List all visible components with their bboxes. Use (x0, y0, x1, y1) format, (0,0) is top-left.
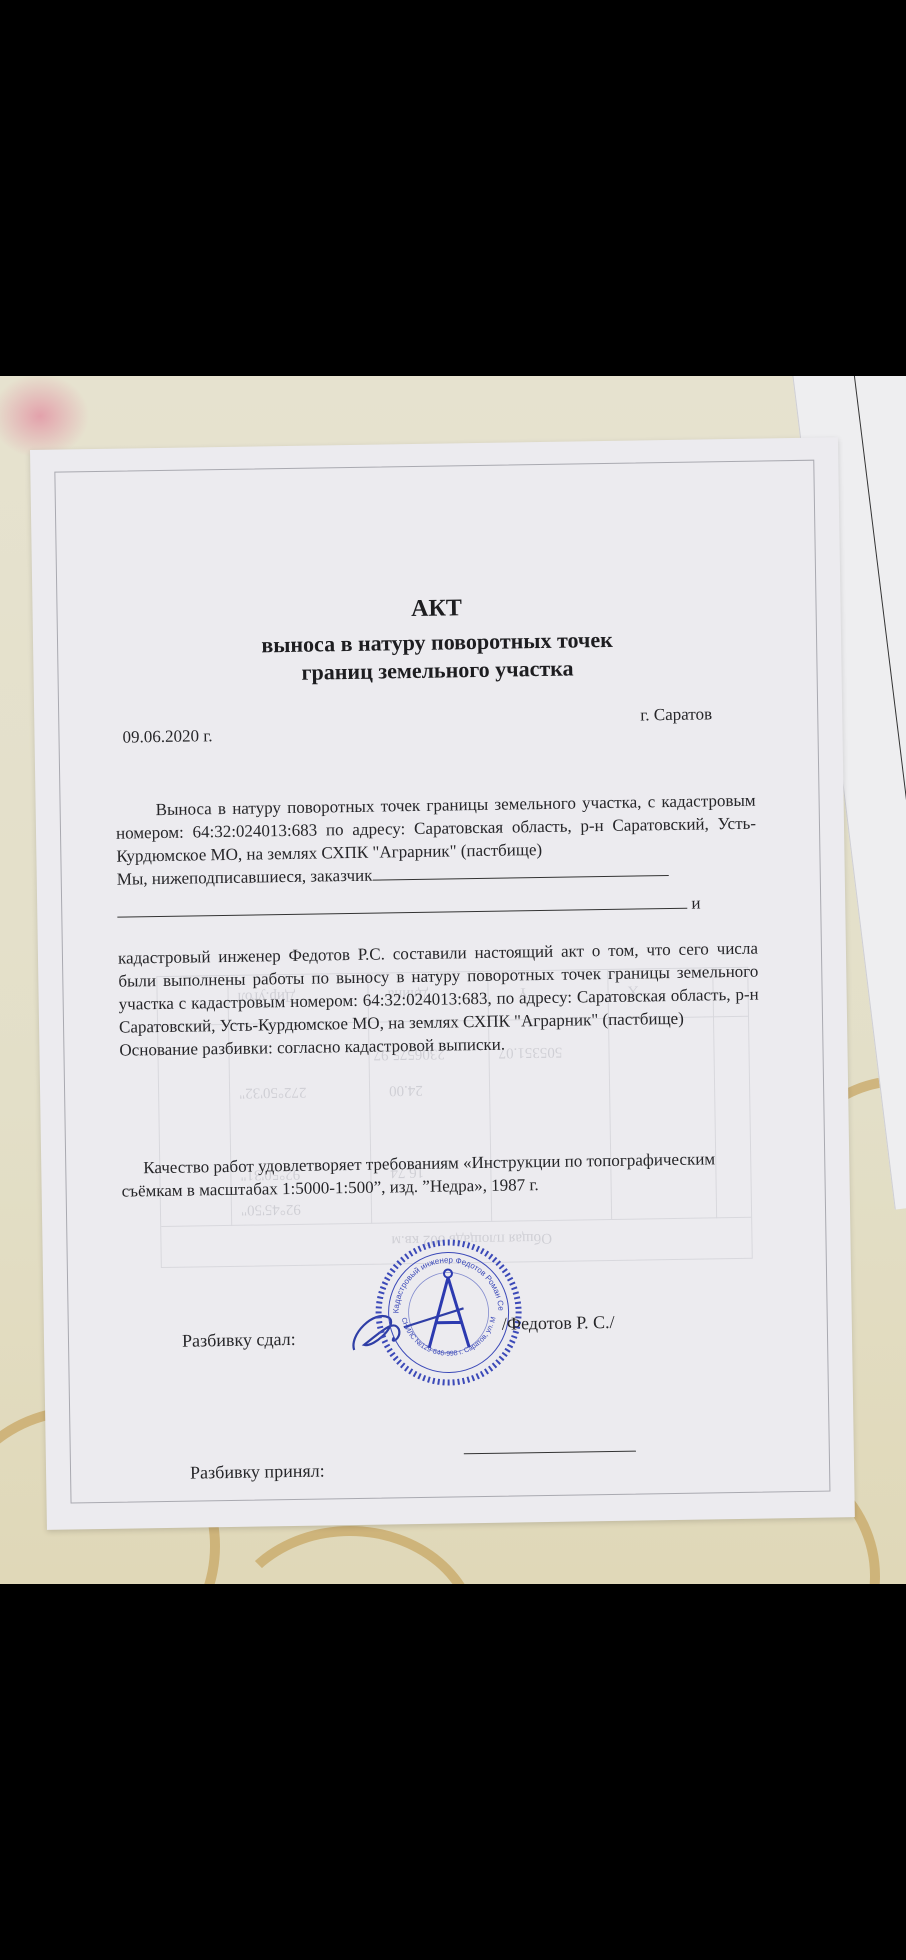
paragraph-intro-text: Выноса в натуру поворотных точек границы… (116, 791, 756, 866)
svg-text:СНИЛС №129-646-998 г. Саратов,: СНИЛС №129-646-998 г. Саратов, ул. Мира,… (372, 1236, 498, 1359)
paragraph-intro: Выноса в натуру поворотных точек границы… (115, 789, 757, 924)
basis-text: Основание разбивки: согласно кадастровой… (119, 1035, 505, 1060)
paragraph-body: кадастровый инженер Федотов Р.С. состави… (118, 937, 760, 1062)
ghost-value: 272°50'32" (239, 1083, 307, 1101)
signers-intro-text: Мы, нижеподписавшиеся, заказчик (117, 866, 373, 889)
document-page: X Y Длина Дир.угол 505351.07 2306575.97 … (30, 437, 855, 1530)
handed-over-name: /Федотов Р. С./ (502, 1311, 615, 1336)
handed-over-label: Разбивку сдал: (182, 1328, 296, 1353)
ghost-value: 24.00 (389, 1081, 423, 1099)
quality-text: Качество работ удовлетворяет требованиям… (122, 1149, 716, 1200)
paper-border-line (851, 376, 906, 984)
ghost-value: 92°45'50" (241, 1200, 301, 1218)
wallpaper-ornament (220, 1526, 480, 1584)
customer-blank-line-2 (117, 892, 687, 918)
and-word: и (691, 894, 700, 913)
photo-background: X Y Длина Дир.угол 505351.07 2306575.97 … (0, 376, 906, 1584)
document-city: г. Саратов (640, 702, 712, 726)
paragraph-body-text: кадастровый инженер Федотов Р.С. состави… (118, 939, 759, 1037)
customer-blank-line (372, 859, 668, 881)
document-date: 09.06.2020 г. (122, 724, 212, 748)
accepted-label: Разбивку принял: (190, 1459, 325, 1484)
stamp-inner-text: СНИЛС №129-646-998 г. Саратов, ул. Мира,… (372, 1236, 498, 1359)
